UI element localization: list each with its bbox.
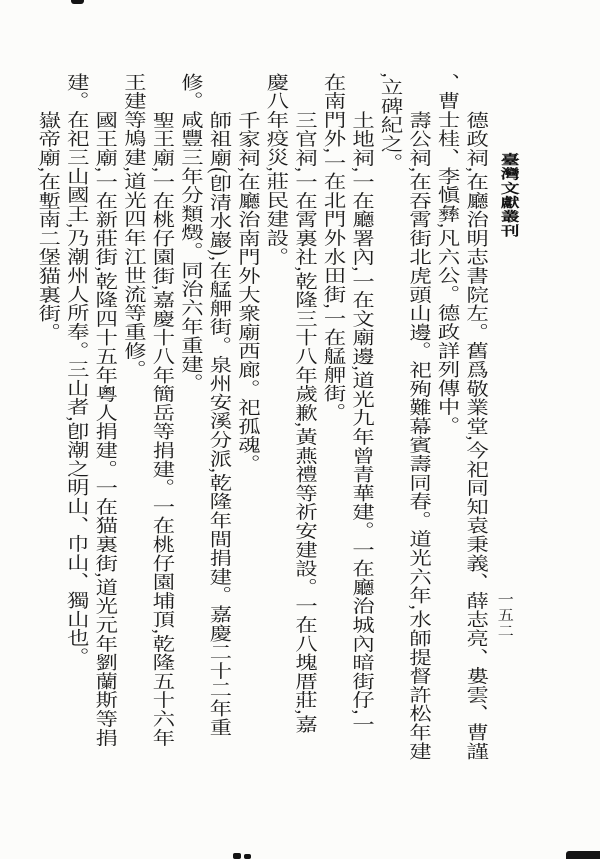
- page-number: 一五二: [492, 592, 515, 639]
- text-column-shengwangmiao-2: 王建等鳩建,道光四年江世流等重修。: [119, 73, 148, 788]
- text-column-guowangmiao-1: 國王廟,一在新莊街,乾隆四十五年粵人捐建。一在猫裏街,道光元年劉蘭斯等捐: [91, 73, 120, 788]
- text-column-shengwangmiao-1: 聖王廟,一在桃仔園街,嘉慶十八年簡岳等捐建。一在桃仔園埔頂,乾隆五十六年: [148, 73, 177, 788]
- text-column-dezhengci-2: 、曹士桂、李愼彝,凡六公。德政詳列傳中。: [433, 73, 462, 788]
- text-column-guowangmiao-2: 建。在祀三山國王,乃潮州人所奉。三山者,卽潮之明山、巾山、獨山也。: [62, 73, 91, 788]
- text-column-sanguanci-1: 三官祠,一在霄裏社,乾隆三十八年歲歉,黃燕禮等祈安建設。一在八塊厝莊,嘉: [290, 73, 319, 788]
- text-column-qianjiaci: 千家祠,在廳治南門外大衆廟西廊。祀孤魂。: [233, 73, 262, 788]
- text-column-yuedimiao: 嶽帝廟,在塹南二堡猫裏街。: [34, 73, 63, 788]
- text-column-tudici-2: 在南門外,一在北門外水田街,一在艋舺街。: [319, 73, 348, 788]
- book-page: 臺灣文獻叢刊 一五二 德政祠,在廳治明志書院左。舊爲敬業堂,今祀同知袁秉義、薛志…: [0, 0, 600, 859]
- text-column-shougongci-1: 壽公祠,在吞霄街北虎頭山邊。祀殉難幕賓壽同春。道光六年,水師提督許松年建: [404, 73, 433, 788]
- series-title: 臺灣文獻叢刊: [495, 153, 523, 238]
- text-column-dezhengci-1: 德政祠,在廳治明志書院左。舊爲敬業堂,今祀同知袁秉義、薛志亮、婁雲、曹謹: [461, 73, 490, 788]
- text-column-sanguanci-2: 慶八年疫災,莊民建設。: [262, 73, 291, 788]
- scan-artifact-top: [71, 0, 84, 4]
- text-column-shizumiao-2: 修。咸豐三年分類燬。同治六年重建。: [176, 73, 205, 788]
- scan-artifact-bottom-right: [566, 851, 600, 859]
- text-column-shougongci-2: ,立碑紀之。: [376, 73, 405, 788]
- scan-artifact-bottom-a: [233, 853, 241, 859]
- text-column-shizumiao-1: 師祖廟(卽清水巖),在艋舺街。泉州安溪分派,乾隆年間捐建。嘉慶二十二年重: [205, 73, 234, 788]
- main-text-block: 德政祠,在廳治明志書院左。舊爲敬業堂,今祀同知袁秉義、薛志亮、婁雲、曹謹 、曹士…: [34, 73, 490, 788]
- text-column-tudici-1: 土地祠,一在廳署內,一在文廟邊,道光九年曾青華建。一在廳治城內暗街仔,一: [347, 73, 376, 788]
- scan-artifact-bottom-b: [244, 854, 251, 859]
